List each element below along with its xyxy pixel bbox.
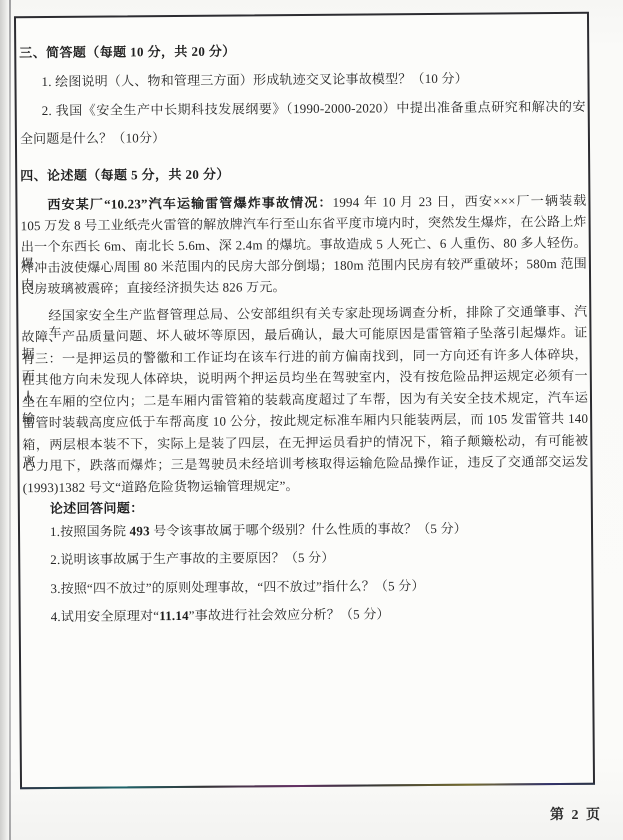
case-line-text: 1994 年 10 月 23 日，西安×××厂一辆装载: [333, 193, 587, 210]
section4-heading: 四、论述题（每题 5 分，共 20 分）: [20, 163, 586, 184]
question-text: 号令该事故属于哪个级别？什么性质的事故？（5 分）: [150, 521, 467, 538]
essay-question-3: 3.按照“四不放过”的原则处理事故，“四不放过”指什么？（5 分）: [23, 576, 589, 597]
scan-edge-shadow: [0, 0, 9, 840]
case-paragraph-line: 105 万发 8 号工业纸壳火雷管的解放牌汽车行至山东省平度市境内时，突然发生爆…: [21, 213, 587, 234]
essay-question-2: 2.说明该事故属于生产事故的主要原因？（5 分）: [23, 547, 589, 568]
analysis-paragraph-line: 雷管时装载高度应低于车帮高度 10 公分，按此规定标准车厢内只能装两层，而 10…: [22, 410, 588, 431]
analysis-paragraph-line: (1993)1382 号文“道路危险货物运输管理规定”。: [23, 475, 589, 496]
section3-question-2-line1: 2. 我国《安全生产中长期科技发展纲要》（1990-2000-2020）中提出准…: [20, 98, 586, 119]
question-text: ”事故进行社会效应分析？（5 分）: [189, 606, 390, 623]
case-paragraph-line: 民房玻璃被震碎；直接经济损失达 826 万元。: [21, 276, 587, 297]
essay-question-4: 4.试用安全原理对“11.14”事故进行社会效应分析？（5 分）: [24, 604, 590, 625]
exam-sheet-border-box: 三、简答题（每题 10 分，共 20 分） 1. 绘图说明（人、物和管理三方面）…: [14, 12, 595, 789]
section3-question-2-line2: 全问题是什么？（10分）: [20, 126, 586, 147]
scanned-exam-page: 三、简答题（每题 10 分，共 20 分） 1. 绘图说明（人、物和管理三方面）…: [0, 0, 623, 840]
question-text: 1.按照国务院: [50, 523, 130, 539]
decree-number: 493: [130, 523, 150, 538]
answer-prompt: 论述回答问题：: [23, 496, 589, 517]
section3-question-1: 1. 绘图说明（人、物和管理三方面）形成轨迹交叉论事故模型？（10 分）: [19, 69, 585, 90]
accident-code: 11.14: [159, 608, 189, 623]
case-title: 西安某厂“10.23”汽车运输雷管爆炸事故情况：: [47, 195, 332, 212]
question-text: 4.试用安全原理对“: [51, 608, 160, 624]
page-number: 第 2 页: [550, 804, 602, 824]
section3-heading: 三、简答题（每题 10 分，共 20 分）: [19, 40, 585, 61]
analysis-paragraph-line: 心力甩下，跌落而爆炸；三是驾驶员未经培训考核取得运输危险品操作证，违反了交通部交…: [22, 453, 588, 474]
essay-question-1: 1.按照国务院 493 号令该事故属于哪个级别？什么性质的事故？（5 分）: [23, 519, 589, 540]
scan-edge-line: [9, 0, 11, 840]
case-paragraph-line: 西安某厂“10.23”汽车运输雷管爆炸事故情况：1994 年 10 月 23 日…: [20, 192, 586, 213]
